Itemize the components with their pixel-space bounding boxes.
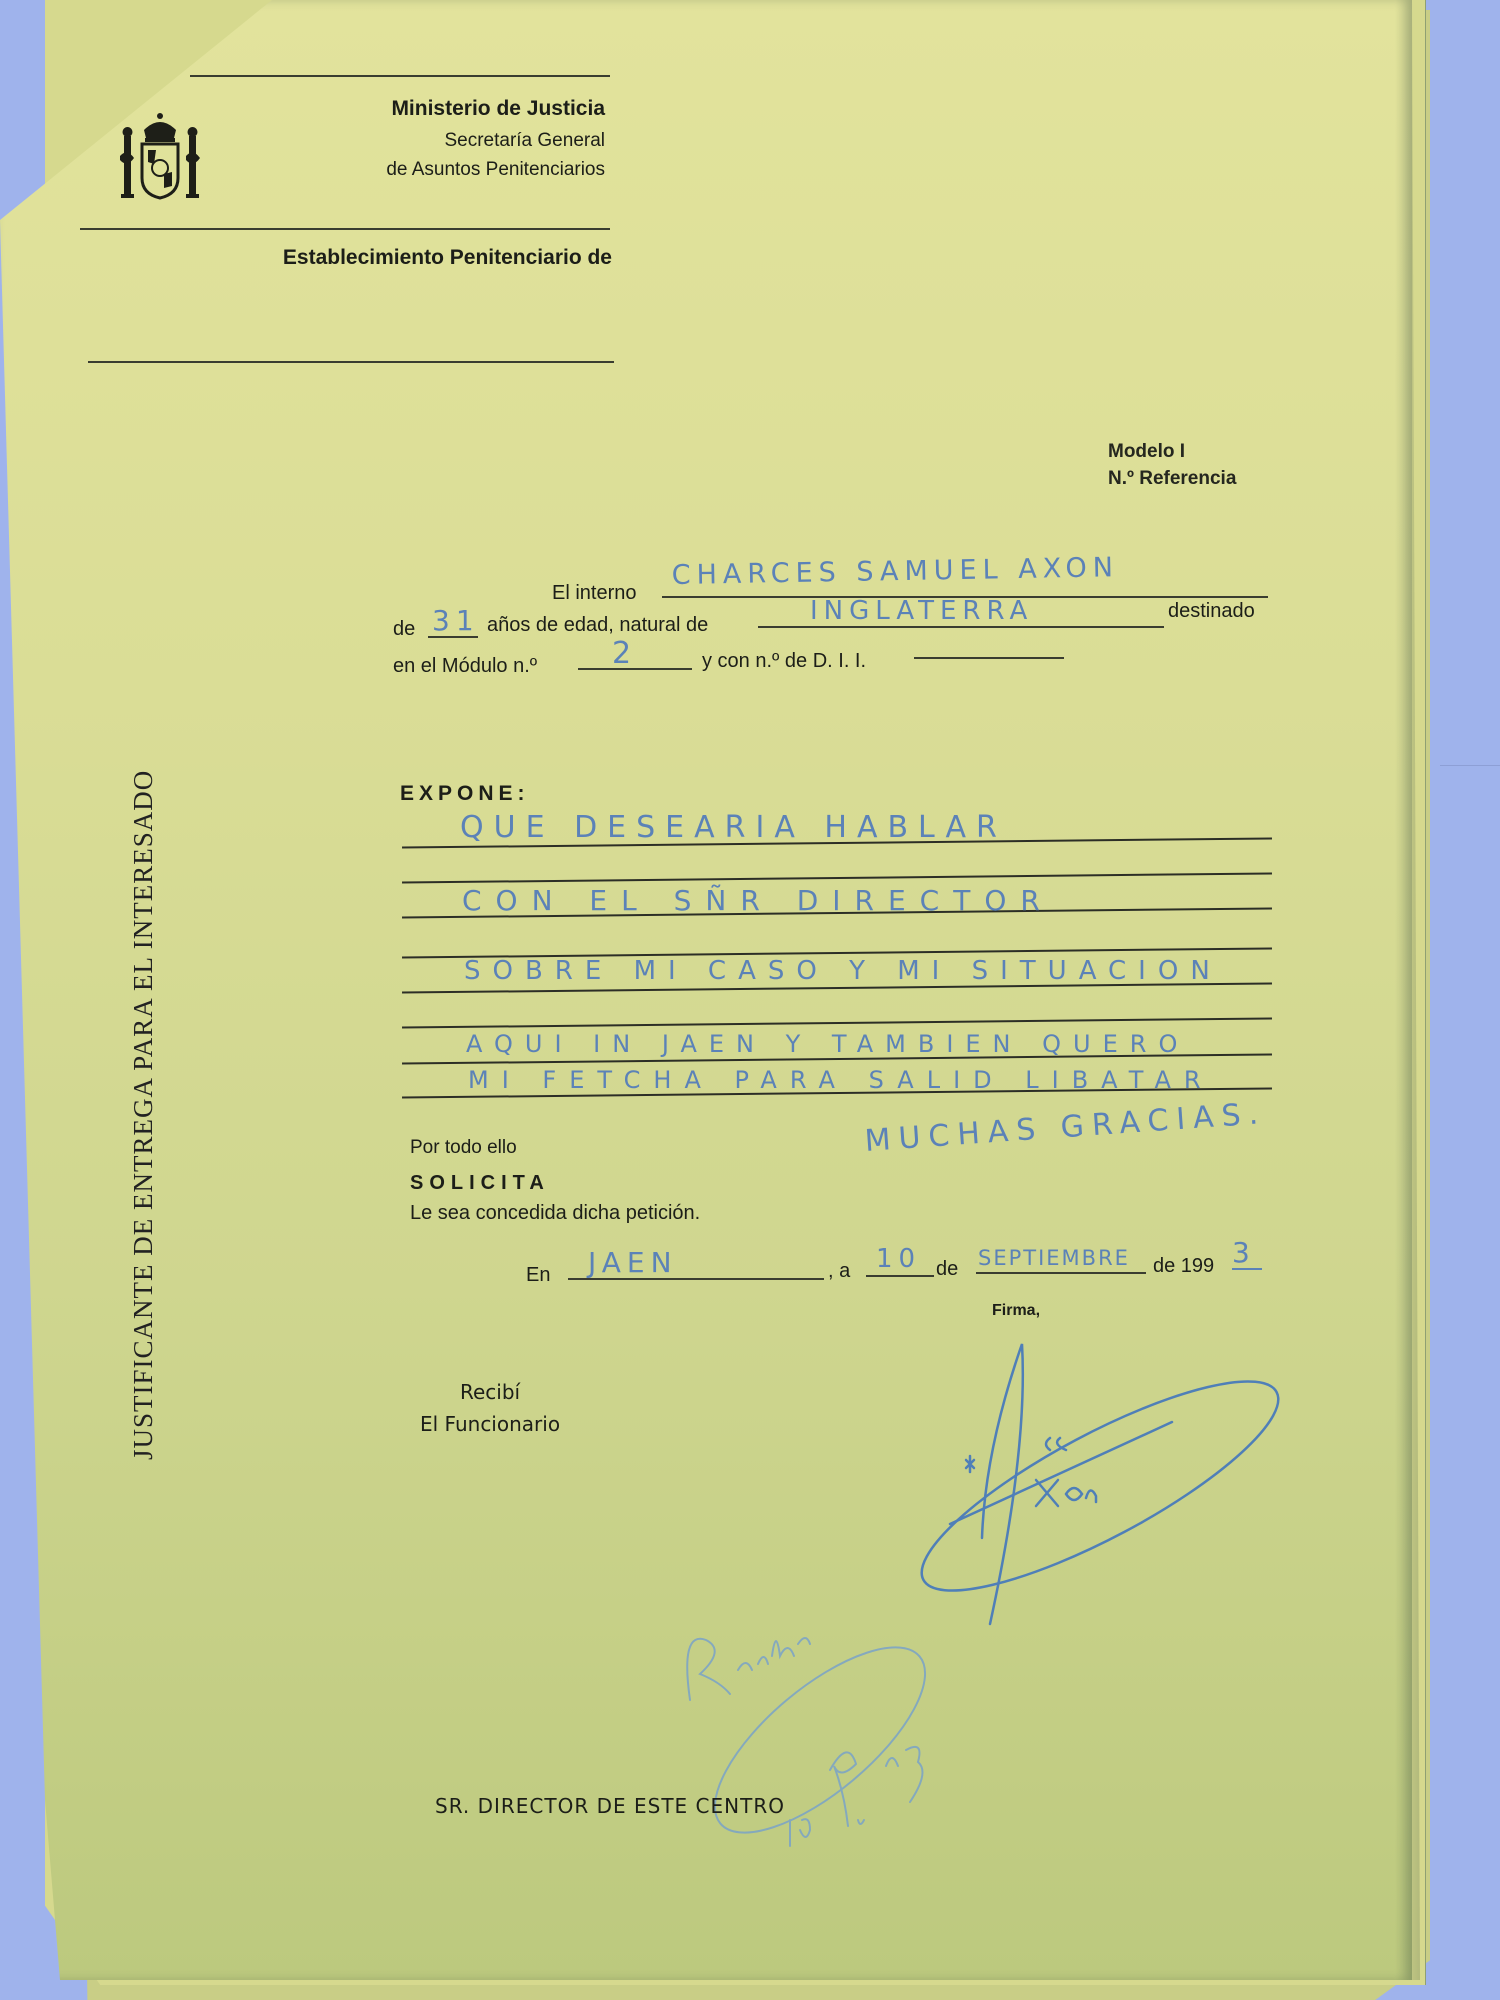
year-prefix-label: de 199 [1153,1255,1214,1278]
side-label-justificante: JUSTIFICANTE DE ENTREGA PARA EL INTERESA… [128,770,159,1460]
en-label: En [526,1264,550,1287]
age-handwritten-value: 31 [432,604,480,637]
form-sheet: Ministerio de Justicia Secretaría Genera… [0,0,1412,1980]
place-handwritten-value: JAEN [588,1246,678,1279]
expone-handwritten-line: AQUI IN JAEN Y TAMBIEN QUERO [466,1030,1189,1058]
day-field-line [866,1275,934,1277]
funcionario-label: El Funcionario [420,1412,560,1436]
por-todo-ello-label: Por todo ello [410,1137,517,1159]
modelo-label: Modelo I [1108,441,1185,463]
header-mid-rule [80,228,610,230]
recibi-label: Recibí [460,1380,520,1404]
de-month-label: de [936,1258,958,1281]
solicita-text: Le sea concedida dicha petición. [410,1202,700,1225]
expone-handwritten-line: QUE DESEARIA HABLAR [460,810,1007,845]
secretariat-line-2: de Asuntos Penitenciarios [386,159,605,181]
day-handwritten-value: 10 [876,1244,921,1274]
origin-handwritten-value: INGLATERRA [810,596,1033,626]
month-handwritten-value: SEPTIEMBRE [978,1246,1130,1270]
interno-handwritten-value: CHARCES SAMUEL AXON [671,552,1119,591]
a-label: , a [828,1260,850,1283]
month-field-line [976,1272,1146,1274]
expone-label: EXPONE: [400,782,530,806]
expone-handwritten-line: SOBRE MI CASO Y MI SITUACION [464,956,1222,986]
expone-line-6 [402,1017,1272,1028]
receipt-handwritten-stamp [660,1570,980,1870]
age-suffix-label: años de edad, natural de [487,614,708,637]
modulo-label: en el Módulo n.º [393,655,537,678]
modulo-handwritten-value: 2 [612,636,637,671]
establishment-label: Establecimiento Penitenciario de [283,246,612,270]
spanish-coat-of-arms-icon [112,108,208,204]
establishment-field-line [88,361,614,363]
interno-label: El interno [552,582,637,605]
header-top-rule [190,75,610,77]
year-suffix-handwritten-value: 3 [1232,1236,1256,1269]
destinado-label: destinado [1168,600,1255,623]
expone-handwritten-line: CON EL SÑR DIRECTOR [462,884,1054,917]
background-crease [1440,765,1500,766]
dni-label: y con n.º de D. I. I. [702,650,866,673]
de-label: de [393,618,415,641]
dni-field-line [914,657,1064,659]
closing-handwritten-note: MUCHAS GRACIAS. [864,1096,1268,1159]
expone-line-2 [402,872,1272,883]
firma-label: Firma, [992,1302,1040,1320]
addressee-text: SR. DIRECTOR DE ESTE CENTRO [435,1794,785,1818]
expone-handwritten-line: MI FETCHA PARA SALID LIBATAR [468,1066,1214,1094]
origin-field-line [758,626,1164,628]
referencia-label: N.º Referencia [1108,468,1236,490]
ministry-name: Ministerio de Justicia [391,97,605,121]
solicita-label: SOLICITA [410,1172,550,1195]
secretariat-line-1: Secretaría General [444,130,605,152]
